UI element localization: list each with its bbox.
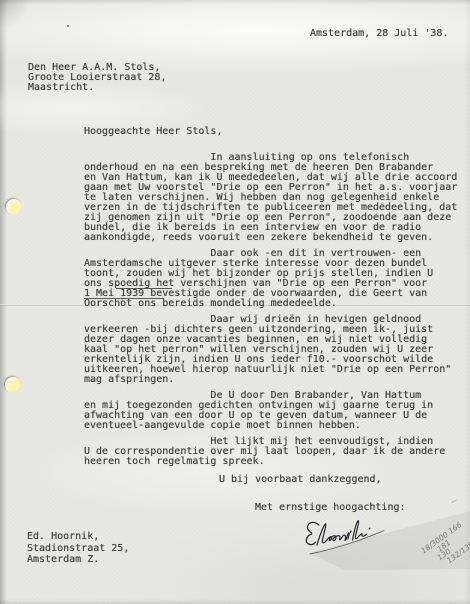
sender-address: Ed. Hoornik, Stadionstraat 25, Amsterdam… [27,531,129,566]
signature-initial-E [306,522,319,544]
paragraph-2-text: Daar ook -en dit in vertrouwen- een Amst… [84,249,457,309]
underline-1-mei-1939 [84,298,164,299]
paragraph-3: Daar wij drieën in hevigen geldnood verk… [84,315,457,385]
signature-svg [300,517,390,559]
salutation: Hooggeachte Heer Stols, [84,127,222,137]
letter-date: Amsterdam, 28 Juli '38. [310,29,448,39]
scanned-letter-page: Amsterdam, 28 Juli '38. Den Heer A.A.M. … [0,0,470,604]
paragraph-4: De U door Den Brabander, Van Hattum en m… [84,391,457,431]
closing-thanks: U bij voorbaat dankzeggend, [219,475,382,485]
paragraph-5-text: Het lijkt mij het eenvoudigst, indien U … [84,437,457,467]
closing-salutation: Met ernstige hoogachting: [255,503,406,513]
underline-spoedig [116,288,172,289]
recipient-address: Den Heer A.A.M. Stols, Groote Looierstra… [28,63,166,93]
signature-name-stroke [317,521,367,545]
punch-hole-bottom [5,377,21,393]
handwritten-signature [300,517,390,559]
paragraph-1-text: In aansluiting op ons telefonisch onderh… [84,153,457,243]
paragraph-5: Het lijkt mij het eenvoudigst, indien U … [84,437,457,467]
paper-speck [67,25,69,27]
paragraph-1: In aansluiting op ons telefonisch onderh… [84,153,457,243]
pencil-squiggle-mark: ~ [449,497,460,509]
paragraph-3-text: Daar wij drieën in hevigen geldnood verk… [84,315,457,385]
letter-body: In aansluiting op ons telefonisch onderh… [84,153,457,473]
signature-period-dot [369,528,371,530]
signature-flourish-line [310,531,384,555]
paragraph-4-text: De U door Den Brabander, Van Hattum en m… [84,391,457,431]
punch-hole-top [6,199,22,215]
paragraph-2: Daar ook -en dit in vertrouwen- een Amst… [84,249,457,309]
